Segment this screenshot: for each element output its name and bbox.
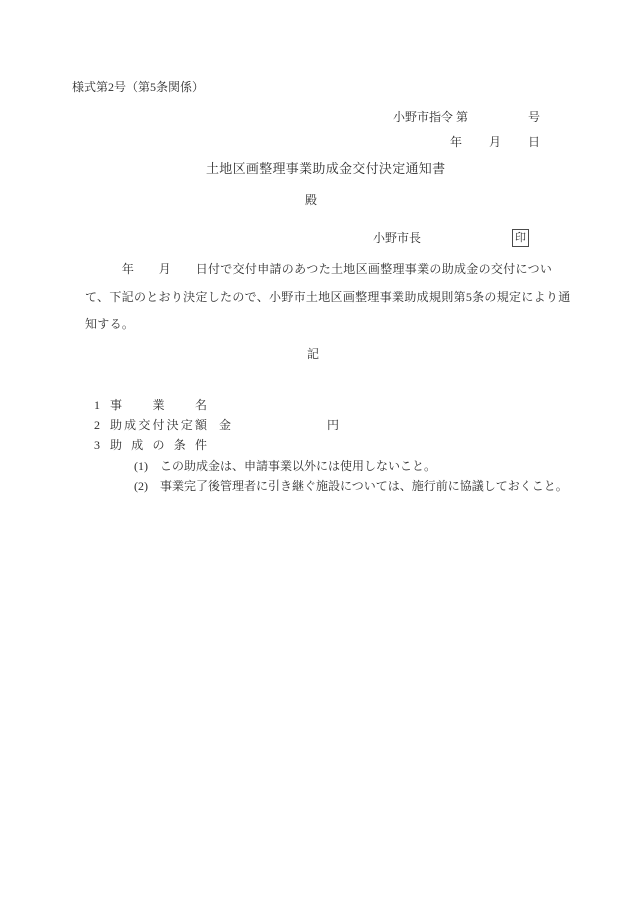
list-item-2-rest: 金 円 (207, 418, 339, 432)
ki-heading: 記 (307, 346, 319, 362)
directive-number-line: 小野市指令 第 号 (393, 109, 540, 125)
body-paragraph-line-2: て、下記のとおり決定したので、小野市土地区画整理事業助成規則第5条の規定により通 (85, 289, 571, 305)
sender-name: 小野市長 (373, 230, 421, 246)
condition-item-2: (2)事業完了後管理者に引き継ぐ施設については、施行前に協議しておくこと。 (128, 462, 568, 494)
document-title: 土地区画整理事業助成金交付決定通知書 (206, 161, 445, 177)
seal-mark: 印 (512, 229, 529, 247)
body-paragraph-line-1: 年 月 日付で交付申請のあつた土地区画整理事業の助成金の交付につい (85, 261, 552, 277)
list-item-3-number: 3 (94, 437, 110, 453)
body-paragraph-line-3: 知する。 (85, 316, 134, 332)
condition-item-2-number: (2) (134, 478, 160, 494)
addressee-honorific: 殿 (305, 192, 317, 208)
form-number: 様式第2号（第5条関係） (72, 79, 204, 95)
date-line: 年 月 日 (450, 134, 540, 150)
document-page: { "doc": { "form_number": "様式第2号（第5条関係）"… (0, 0, 630, 915)
condition-item-2-text: 事業完了後管理者に引き継ぐ施設については、施行前に協議しておくこと。 (160, 479, 568, 493)
